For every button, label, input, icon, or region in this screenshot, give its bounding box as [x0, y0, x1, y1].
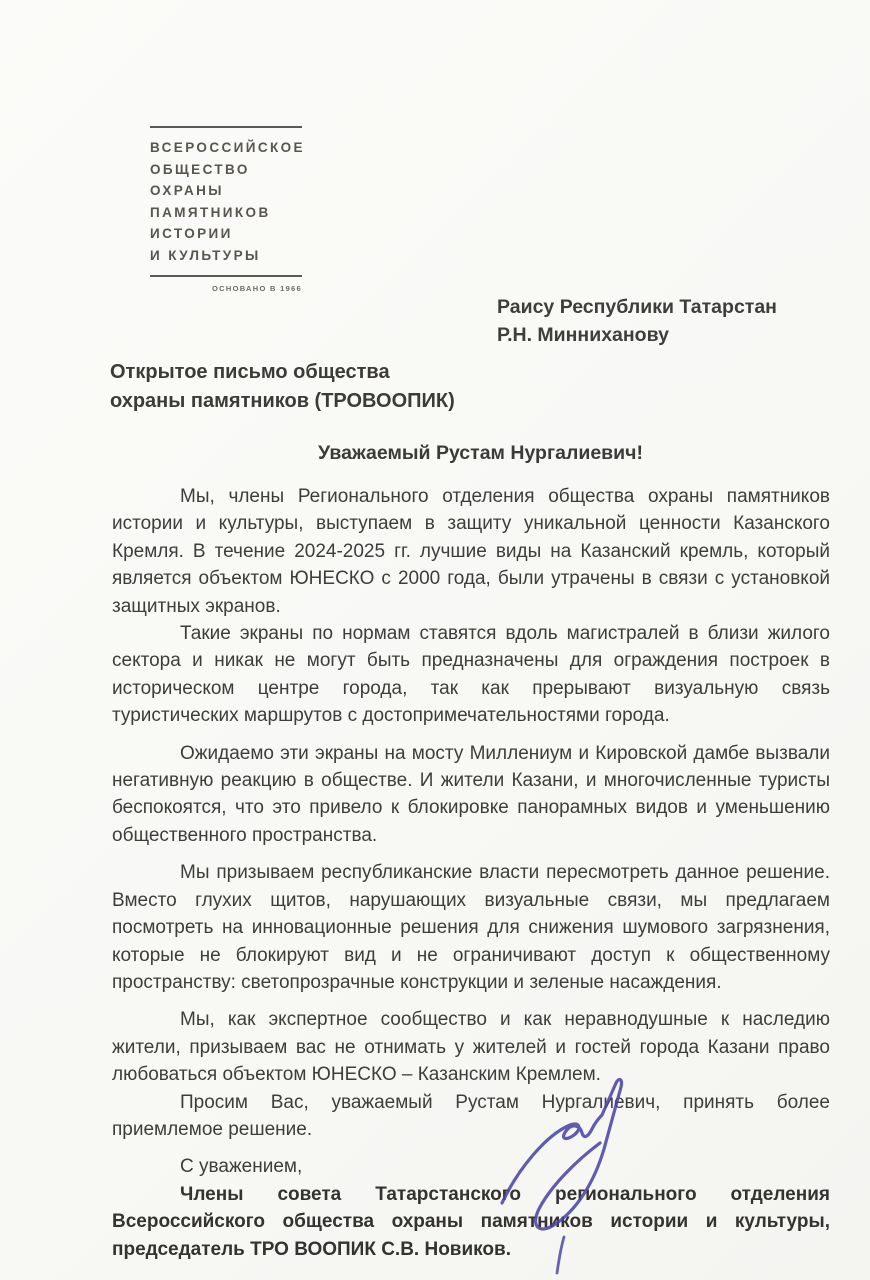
body-paragraph: Мы призываем республиканские власти пере…: [112, 859, 830, 996]
letterhead-bottom-rule: [150, 275, 302, 277]
letter-body: Мы, члены Регионального отделения общест…: [112, 483, 830, 1263]
body-paragraph: Такие экраны по нормам ставятся вдоль ма…: [112, 620, 830, 730]
letterhead-org-line: ОХРАНЫ: [150, 180, 302, 202]
closing-signatories: Члены совета Татарстанского региональног…: [112, 1181, 830, 1263]
subject-line-2: охраны памятников (ТРОВООПИК): [110, 387, 455, 416]
letterhead-org-line: И КУЛЬТУРЫ: [150, 245, 302, 267]
letterhead: ВСЕРОССИЙСКОЕ ОБЩЕСТВО ОХРАНЫ ПАМЯТНИКОВ…: [150, 126, 302, 293]
letterhead-org-line: ИСТОРИИ: [150, 223, 302, 245]
body-paragraph: Просим Вас, уважаемый Рустам Нургалиевич…: [112, 1089, 830, 1144]
handwritten-signature: [480, 1075, 670, 1280]
body-paragraph: Мы, как экспертное сообщество и как нера…: [112, 1006, 830, 1088]
letterhead-org-line: ВСЕРОССИЙСКОЕ: [150, 137, 302, 159]
addressee-line-1: Раису Республики Татарстан: [497, 293, 777, 321]
addressee-block: Раису Республики Татарстан Р.Н. Миннихан…: [497, 293, 777, 349]
signature-main-stroke: [502, 1080, 622, 1229]
salutation: Уважаемый Рустам Нургалиевич!: [318, 442, 643, 465]
signature-tail-stroke: [557, 1237, 564, 1273]
body-paragraph: Ожидаемо эти экраны на мосту Миллениум и…: [112, 740, 830, 850]
scanned-letter-page: ВСЕРОССИЙСКОЕ ОБЩЕСТВО ОХРАНЫ ПАМЯТНИКОВ…: [0, 0, 870, 1280]
letterhead-org-line: ПАМЯТНИКОВ: [150, 202, 302, 224]
subject-line-1: Открытое письмо общества: [110, 358, 455, 387]
letterhead-top-rule: [150, 126, 302, 128]
subject-block: Открытое письмо общества охраны памятник…: [110, 358, 455, 416]
closing-regards: С уважением,: [112, 1153, 830, 1180]
body-paragraph: Мы, члены Регионального отделения общест…: [112, 483, 830, 620]
letterhead-org-line: ОБЩЕСТВО: [150, 159, 302, 181]
addressee-line-2: Р.Н. Минниханову: [497, 321, 777, 349]
letterhead-founded-text: ОСНОВАНО В 1966: [150, 284, 302, 293]
